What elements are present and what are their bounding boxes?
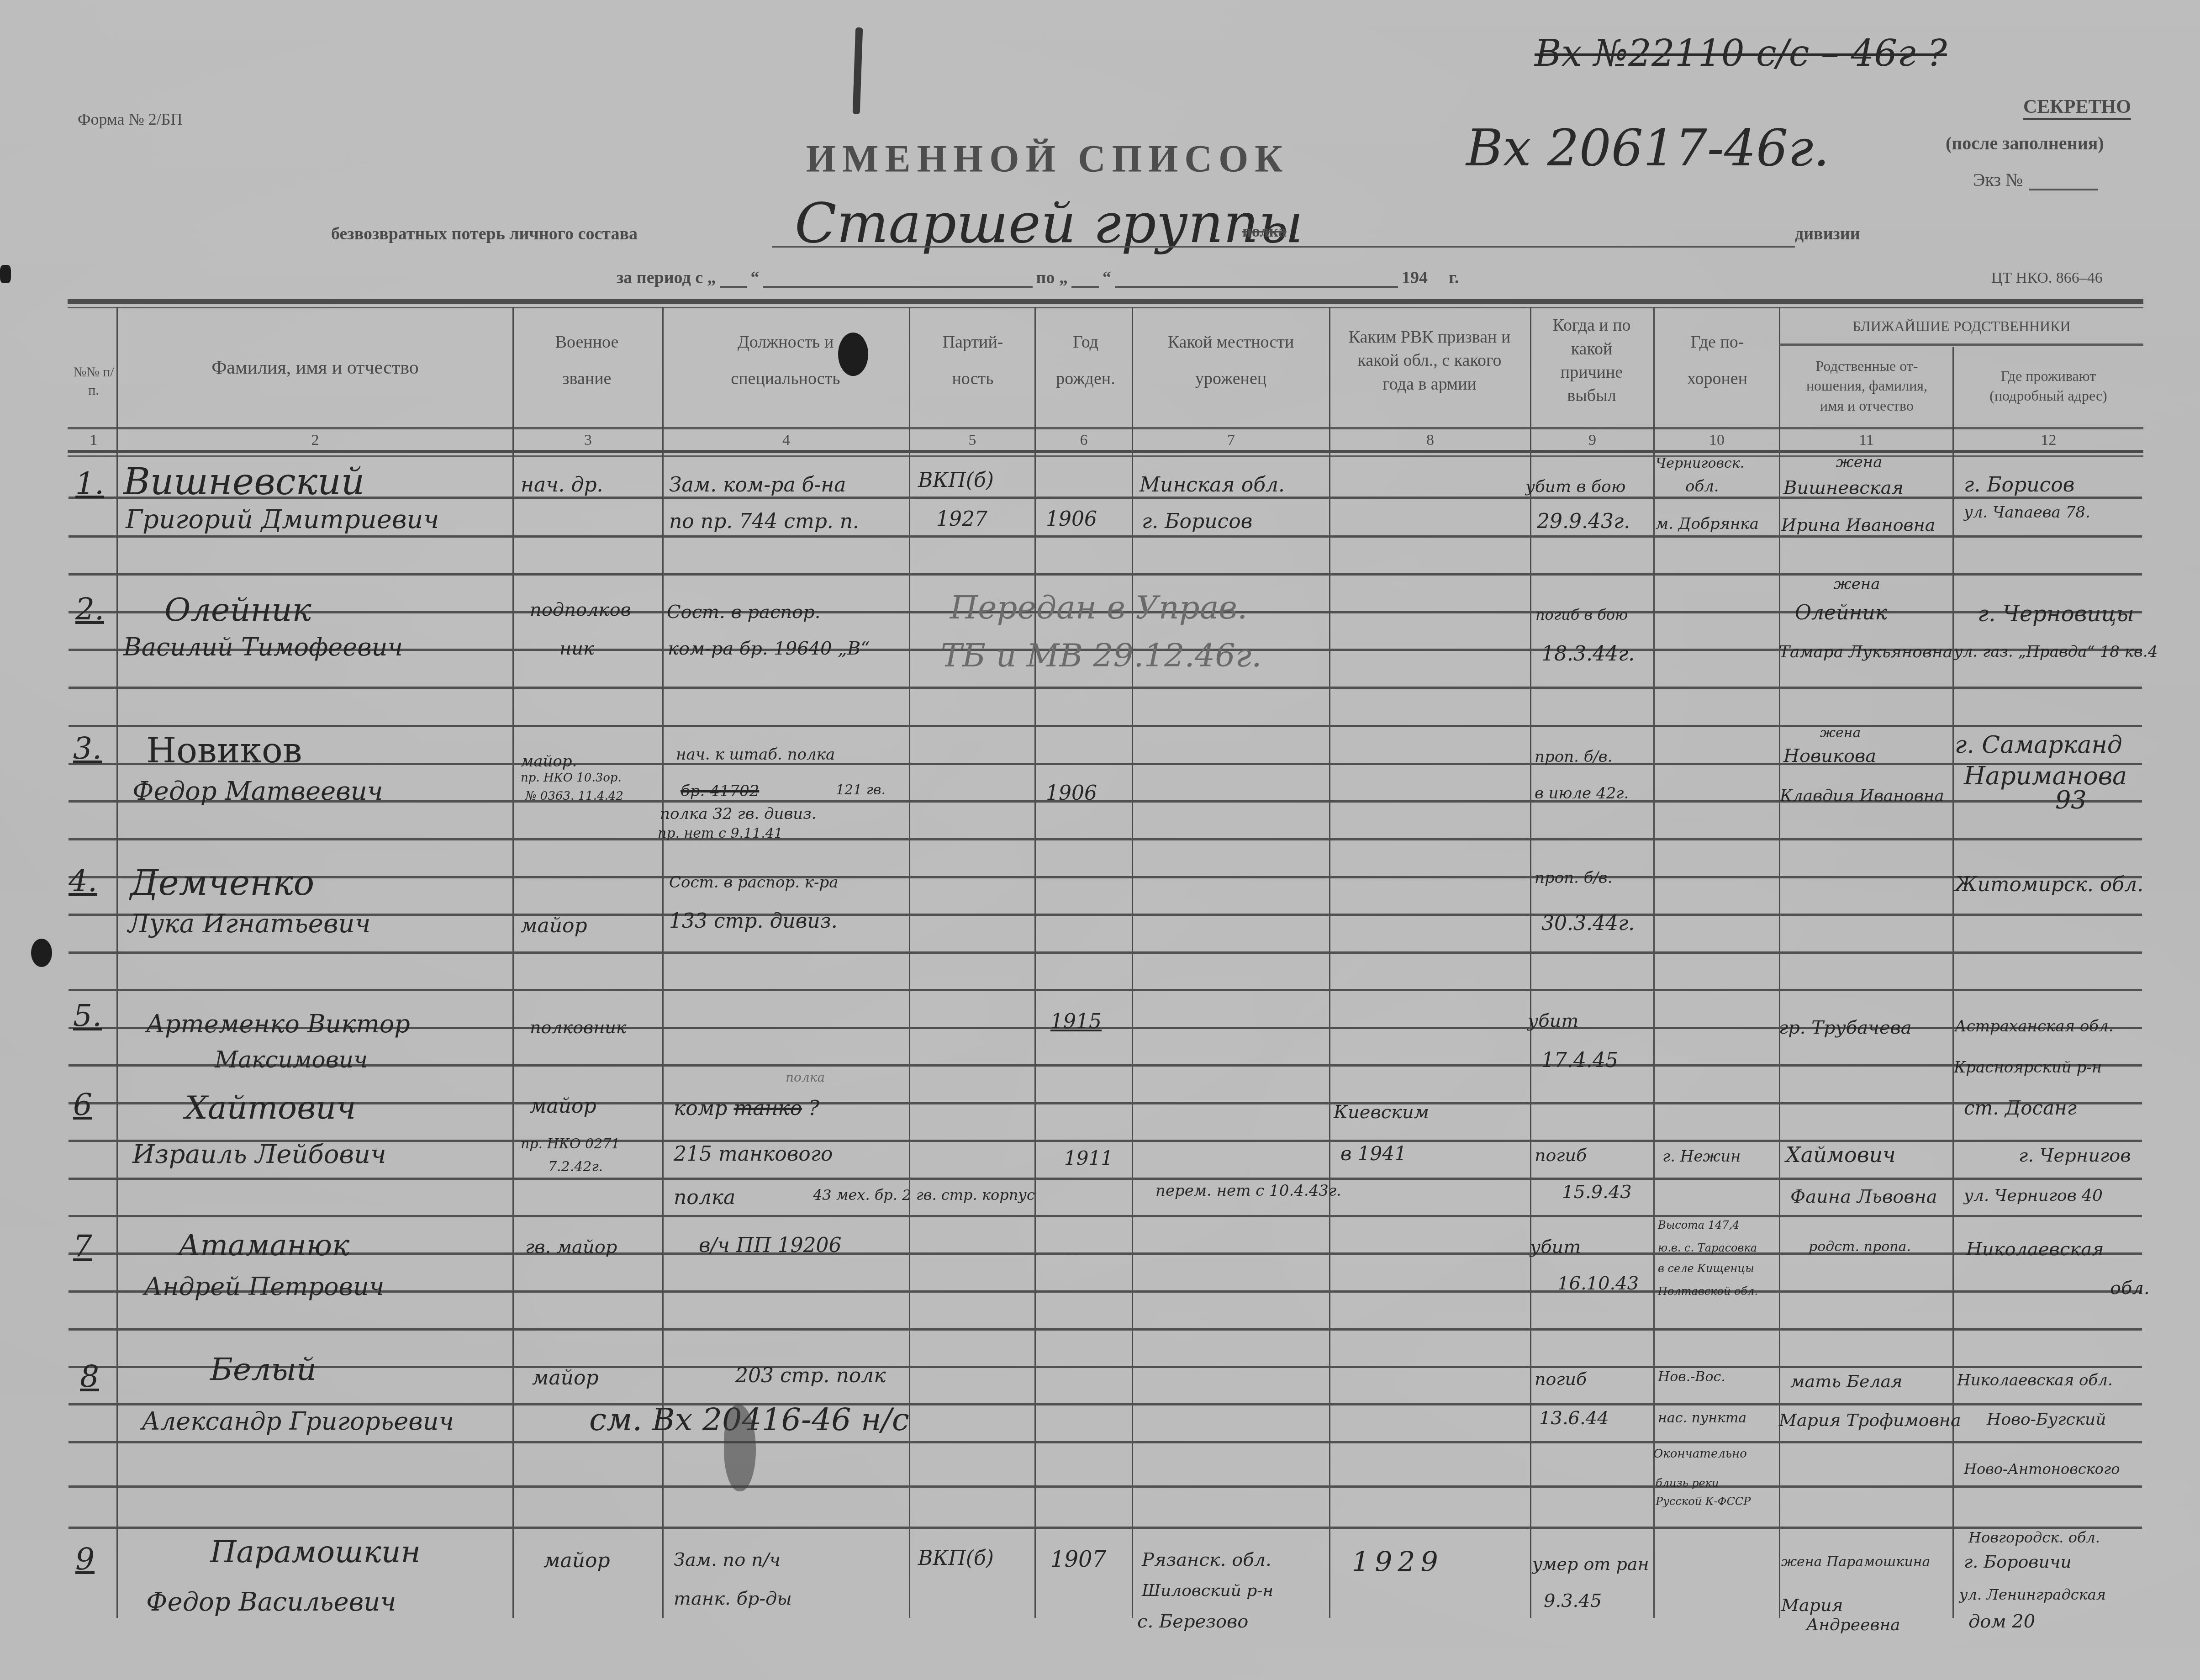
address-line2: ул. Чернигов 40 <box>1964 1188 2103 1204</box>
party: ВКП(б) <box>918 1548 994 1569</box>
rvk-line2: в 1941 <box>1340 1144 1407 1163</box>
position-line4: пр. нет с 9.11.41 <box>658 827 783 840</box>
transfer-annotation-line2: ТБ и МВ 29.12.46г. <box>941 639 1261 671</box>
relative-line1: жена Парамошкина <box>1781 1555 1930 1569</box>
address-line3: ст. Досанг <box>1964 1099 2077 1118</box>
col-divider-2 <box>512 307 514 1618</box>
col-divider-8 <box>1530 307 1531 1618</box>
col-number-10: 10 <box>1655 432 1779 449</box>
position-line2: 215 танкового <box>674 1144 833 1164</box>
position-line3: полка <box>674 1188 735 1208</box>
period-to-day <box>1071 286 1099 288</box>
position-line2: ком-ра бр. 19640 „В“ <box>668 639 870 658</box>
position-line2: по пр. 744 стр. п. <box>669 512 859 532</box>
col-header-2: Фамилия, имя и отчество <box>119 311 512 425</box>
address-line2: ул. Чапаева 78. <box>1964 505 2090 520</box>
paper-mark <box>0 265 11 283</box>
address-line1: г. Чернигов <box>2019 1146 2131 1165</box>
document-title: ИМЕННОЙ СПИСОК <box>806 137 1289 181</box>
position-line1: нач. к штаб. полка <box>676 747 835 762</box>
year-suffix: г. <box>1449 268 1459 288</box>
row-number: 3. <box>73 731 102 766</box>
relative-line2: Фаина Львовна <box>1790 1188 1937 1206</box>
rank-line2: ник <box>559 639 594 658</box>
buried-line3: в селе Кищенцы <box>1658 1263 1754 1274</box>
buried-line1: Высота 147,4 <box>1658 1220 1739 1231</box>
address-line2: обл. <box>2110 1279 2150 1297</box>
position-line1: Сост. в распор. к-ра <box>669 875 839 890</box>
col-header-7: Какой местности уроженец <box>1137 324 1324 397</box>
col-number-1: 1 <box>73 432 114 449</box>
relative-relation: жена <box>1836 454 1882 470</box>
relative-surname: Олейник <box>1795 603 1887 623</box>
when-why-line2: 18.3.44г. <box>1541 644 1635 664</box>
address-line3: ул. Ленинградская <box>1959 1587 2106 1602</box>
buried-line2: обл. <box>1685 479 1719 494</box>
rank: майор <box>543 1551 610 1571</box>
surname: Демченко <box>130 866 314 900</box>
col-divider-7 <box>1329 307 1330 1618</box>
buried-line2: ю.в. с. Тарасовка <box>1658 1242 1757 1253</box>
number-row-bottom-rule-2 <box>68 455 2143 457</box>
copy-number-blank <box>2029 189 2098 190</box>
relative-surname: Вишневская <box>1783 479 1904 497</box>
period-quote: “ <box>751 268 760 288</box>
position-line1: Зам. по п/ч <box>674 1551 781 1569</box>
when-why-line1: убит <box>1530 1238 1581 1256</box>
buried-line4: Полтавской обл. <box>1658 1286 1758 1297</box>
position-line1: Сост. в распор. <box>667 603 820 621</box>
position-line1: 203 стр. полк <box>735 1366 886 1386</box>
rank: майор <box>532 1368 599 1388</box>
relative-line2: Мария <box>1781 1596 1843 1614</box>
col-header-12: Где проживают (подробный адрес) <box>1957 349 2140 423</box>
when-why-line1: проп. б/в. <box>1535 870 1612 886</box>
when-why-line1: убит в бою <box>1525 479 1625 495</box>
buried-line3: м. Добрянка <box>1656 516 1759 532</box>
row-number: 2. <box>75 592 104 627</box>
first-patronymic: Федор Матвеевич <box>132 779 383 804</box>
first-patronymic: Израиль Лейбович <box>132 1142 386 1168</box>
when-why-line1: проп. б/в. <box>1535 749 1612 765</box>
buried-line2: нас. пункта <box>1658 1411 1746 1425</box>
position-struck: бр. 41702 <box>681 783 759 799</box>
rank: майор <box>521 916 587 936</box>
party-year: 1927 <box>936 509 987 529</box>
rank: нач. др. <box>521 475 603 495</box>
birthplace-line2: Шиловский р-н <box>1142 1583 1273 1599</box>
address-line3: 93 <box>2055 788 2087 813</box>
first-patronymic: Лука Игнатьевич <box>128 911 370 937</box>
address-line1: Житомирск. обл. <box>1955 875 2143 895</box>
header-bottom-rule <box>68 427 2143 429</box>
col-number-4: 4 <box>664 432 909 449</box>
relative-line3: Андреевна <box>1806 1617 1900 1633</box>
when-why-line1: убит <box>1528 1012 1578 1030</box>
address-line1: г. Самарканд <box>1955 733 2122 757</box>
relative-surname: Новикова <box>1783 747 1876 765</box>
col-header-3: Военное звание <box>518 324 655 397</box>
birthplace-line3: с. Березово <box>1137 1612 1248 1631</box>
address-line1: Николаевская <box>1966 1240 2104 1258</box>
first-patronymic: Григорий Дмитриевич <box>126 507 439 533</box>
address-line2: г. Боровичи <box>1964 1553 2072 1570</box>
table-top-rule <box>68 299 2143 304</box>
relative-name: Ирина Ивановна <box>1781 516 1935 534</box>
birthplace-line1: Рязанск. обл. <box>1142 1551 1271 1569</box>
when-why-line2: 9.3.45 <box>1544 1592 1602 1610</box>
birth-year: 1906 <box>1046 783 1097 803</box>
row-number: 8 <box>80 1359 99 1394</box>
when-why-line2: 30.3.44г. <box>1541 914 1635 934</box>
row-number: 6 <box>73 1087 92 1122</box>
relative-line1: родст. пропа. <box>1809 1240 1911 1254</box>
position-query: ? <box>808 1099 819 1119</box>
rank-line3: 7.2.42г. <box>548 1160 603 1174</box>
relative-relation: жена <box>1820 726 1861 740</box>
position-struck: танко <box>733 1099 802 1119</box>
first-patronymic: Федор Васильевич <box>146 1590 396 1615</box>
row-number: 5. <box>73 998 102 1033</box>
address-line1: Новгородск. обл. <box>1968 1530 2100 1545</box>
relative-line1: Хаймович <box>1786 1144 1896 1165</box>
number-row-bottom-rule <box>68 450 2143 453</box>
position-line3: полка 32 гв. дивиз. <box>660 806 817 822</box>
col-divider-9 <box>1653 307 1655 1618</box>
position-insert: полка <box>786 1071 825 1084</box>
ink-stain <box>838 333 868 376</box>
address-line2: ул. газ. „Правда“ 18 кв.4 <box>1954 644 2158 660</box>
birthplace-line2: г. Борисов <box>1142 512 1252 532</box>
col-number-12: 12 <box>1954 432 2143 449</box>
rank-line1: подполков <box>530 601 631 619</box>
col-header-10: Где по-хоронен <box>1658 324 1777 397</box>
address-line3: Ново-Антоновского <box>1964 1462 2120 1476</box>
secrecy-stamp: СЕКРЕТНО <box>2023 96 2131 120</box>
birth-year: 1915 <box>1050 1012 1102 1032</box>
relative-line1: гр. Трубачева <box>1779 1019 1912 1037</box>
first-patronymic: Андрей Петрович <box>144 1274 384 1299</box>
when-why-line2: 29.9.43г. <box>1537 512 1630 532</box>
first-patronymic: Александр Григорьевич <box>142 1409 454 1434</box>
row-number: 4. <box>69 863 97 898</box>
birthplace-line1: Минская обл. <box>1140 475 1285 495</box>
address-line1: Николаевская обл. <box>1957 1373 2113 1388</box>
col-header-9: Когда и по какой причине выбыл <box>1535 315 1649 407</box>
surname: Хайтович <box>185 1092 356 1124</box>
col-header-4: Должность и специальность <box>667 324 904 397</box>
col-header-1: №№ п/п. <box>73 338 114 425</box>
relatives-group-rule <box>1779 343 2143 346</box>
col-number-9: 9 <box>1531 432 1653 449</box>
incoming-number: Вх 20617-46г. <box>1466 119 1829 177</box>
col-header-8: Каким РВК призван и какой обл., с какого… <box>1334 315 1525 407</box>
position-line2: танк. бр-ды <box>674 1590 792 1608</box>
unit-printed-struck: полка <box>1242 222 1287 241</box>
col-number-6: 6 <box>1036 432 1132 449</box>
position-line2: 133 стр. дивиз. <box>669 911 838 931</box>
period-label: за период с „ “ по „ “ 194 г. <box>617 268 1459 288</box>
period-from-label: за период с „ <box>617 268 716 288</box>
surname: Вишневский <box>123 464 364 500</box>
address-line2: Нариманова <box>1964 764 2127 788</box>
address-line1: Астраханская обл. <box>1955 1019 2114 1034</box>
relative-line2: Мария Трофимовна <box>1779 1411 1961 1429</box>
when-why-line2: в июле 42г. <box>1535 786 1629 801</box>
buried-line3: Окончательно <box>1653 1448 1747 1460</box>
when-why-line1: погиб в бою <box>1535 608 1628 622</box>
period-from-month <box>763 286 1033 288</box>
position-line1: комр танко ? <box>674 1099 819 1119</box>
col-number-3: 3 <box>514 432 662 449</box>
rank-line2: пр. НКО 0271 <box>521 1137 620 1151</box>
period-to-label: по „ <box>1036 268 1068 288</box>
year-label: 194 <box>1402 268 1428 288</box>
address-line2: Красноярский р-н <box>1954 1060 2102 1075</box>
when-why-line1: умер от ран <box>1532 1555 1649 1573</box>
col-header-11: Родственные от-ношения, фамилия, имя и о… <box>1783 349 1950 423</box>
col-number-5: 5 <box>910 432 1034 449</box>
period-from-day <box>720 286 747 288</box>
buried-line1: г. Нежин <box>1662 1149 1741 1164</box>
col-number-2: 2 <box>119 432 512 449</box>
row-number: 1. <box>75 466 104 501</box>
punch-hole <box>31 939 52 967</box>
when-why-line1: погиб <box>1535 1146 1587 1164</box>
col-number-8: 8 <box>1330 432 1530 449</box>
buried-line4: близь реки <box>1656 1478 1719 1489</box>
name-line1: Артеменко Виктор <box>146 1012 410 1036</box>
copy-number-label: Экз № <box>1973 169 2098 190</box>
birth-year: 1906 <box>1046 509 1097 529</box>
relative-relation: жена <box>1834 576 1880 592</box>
table-top-rule-thin <box>68 307 2143 308</box>
rank: полковник <box>530 1019 626 1036</box>
when-why-line2: 13.6.44 <box>1539 1409 1609 1427</box>
first-patronymic: Василий Тимофеевич <box>123 635 403 660</box>
unit-blank-line <box>772 246 1795 248</box>
name-line2: Максимович <box>215 1048 368 1071</box>
period-quote-2: “ <box>1103 268 1111 288</box>
subtitle-prefix: безвозвратных потерь личного состава <box>331 224 638 244</box>
surname: Атаманюк <box>178 1231 349 1260</box>
col-divider-5 <box>1034 307 1036 1618</box>
position-note: 43 мех. бр. 2 гв. стр. корпус <box>813 1188 1035 1202</box>
col-divider-1 <box>116 307 118 1618</box>
surname: Новиков <box>146 733 302 768</box>
position-line1: в/ч ПП 19206 <box>699 1236 842 1256</box>
incoming-number-struck: Вх №22110 с/с – 46г ? <box>1535 32 1947 74</box>
address-line1: г. Черновицы <box>1978 603 2134 625</box>
address-line4: дом 20 <box>1968 1612 2035 1631</box>
relative-line1: мать Белая <box>1790 1373 1902 1390</box>
rank: гв. майор <box>525 1238 617 1256</box>
division-label: дивизии <box>1795 224 1860 244</box>
birth-year: 1907 <box>1050 1548 1106 1570</box>
col-header-5: Партий-ность <box>913 324 1032 397</box>
surname: Олейник <box>164 594 311 626</box>
buried-line5: Русской К-ФССР <box>1656 1496 1751 1507</box>
buried-line1: Черниговск. <box>1656 457 1744 470</box>
party: ВКП(б) <box>918 470 994 491</box>
rank-line2: пр. НКО 10.3ор. <box>521 772 622 784</box>
rank-line1: майор. <box>521 754 577 769</box>
relatives-group-header: БЛИЖАЙШИЕ РОДСТВЕННИКИ <box>1781 311 2142 343</box>
secrecy-note: (после заполнения) <box>1946 132 2104 154</box>
address-line1: г. Борисов <box>1964 475 2074 495</box>
when-why-line2: 16.10.43 <box>1557 1274 1639 1293</box>
rank-line1: майор <box>530 1096 596 1116</box>
row-number: 7 <box>73 1229 92 1264</box>
rvk-line1: Киевским <box>1334 1103 1429 1121</box>
buried-line1: Нов.-Вос. <box>1658 1370 1725 1384</box>
form-number: Форма № 2/БП <box>78 110 182 129</box>
row-number: 9 <box>75 1542 95 1577</box>
when-why-line1: погиб <box>1535 1370 1587 1388</box>
col-header-6: Год рожден. <box>1042 324 1129 397</box>
print-code: ЦТ НКО. 866–46 <box>1991 269 2103 287</box>
address-line2: Ново-Бугский <box>1987 1411 2106 1428</box>
when-why-line2: 17.4.45 <box>1541 1051 1618 1071</box>
birth-year: 1911 <box>1064 1149 1113 1168</box>
col-number-11: 11 <box>1780 432 1952 449</box>
copy-label: Экз № <box>1973 169 2023 190</box>
period-to-month <box>1115 286 1398 288</box>
surname: Белый <box>210 1354 317 1385</box>
when-why-line2: 15.9.43 <box>1562 1183 1632 1201</box>
position-line2: 121 гв. <box>836 783 886 797</box>
transfer-note: перем. нет с 10.4.43г. <box>1155 1183 1341 1199</box>
rank-line3: № 0363. 11.4.42 <box>525 790 623 802</box>
col-number-7: 7 <box>1133 432 1329 449</box>
position-line1: Зам. ком-ра б-на <box>669 475 846 495</box>
position-text: комр <box>674 1099 727 1119</box>
page-mark <box>853 27 863 114</box>
col-divider-6 <box>1132 307 1133 1618</box>
relative-name: Клавдия Ивановна <box>1780 788 1944 804</box>
rvk: 1929 <box>1352 1548 1444 1576</box>
transfer-annotation-line1: Передан в Управ. <box>950 592 1247 623</box>
relative-name: Тамара Лукьяновна <box>1779 644 1952 660</box>
surname: Парамошкин <box>210 1537 421 1567</box>
